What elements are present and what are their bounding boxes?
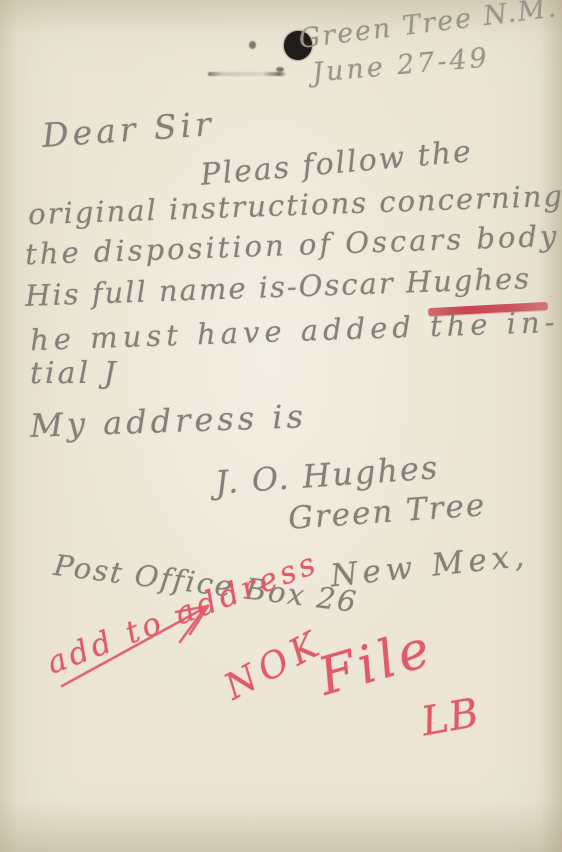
red-initials-lb: LB bbox=[418, 690, 483, 745]
red-note-file: File bbox=[312, 618, 440, 708]
smudge-mark bbox=[276, 67, 284, 72]
smudge-mark bbox=[208, 72, 286, 76]
body-line-5: he must have added the in- bbox=[30, 305, 560, 357]
smudge-mark bbox=[249, 41, 256, 49]
body-line-7: My address is bbox=[29, 397, 307, 445]
body-line-4: His full name is-Oscar Hughes bbox=[25, 261, 532, 313]
letter-scan: Green Tree N.M. June 27-49 Dear Sir Plea… bbox=[0, 0, 562, 852]
salutation: Dear Sir bbox=[41, 104, 216, 155]
body-line-4-pre: His full name is-Oscar bbox=[25, 266, 396, 313]
body-line-4-underlined-name: Hughes bbox=[405, 261, 531, 299]
body-line-6: tial J bbox=[30, 356, 119, 391]
